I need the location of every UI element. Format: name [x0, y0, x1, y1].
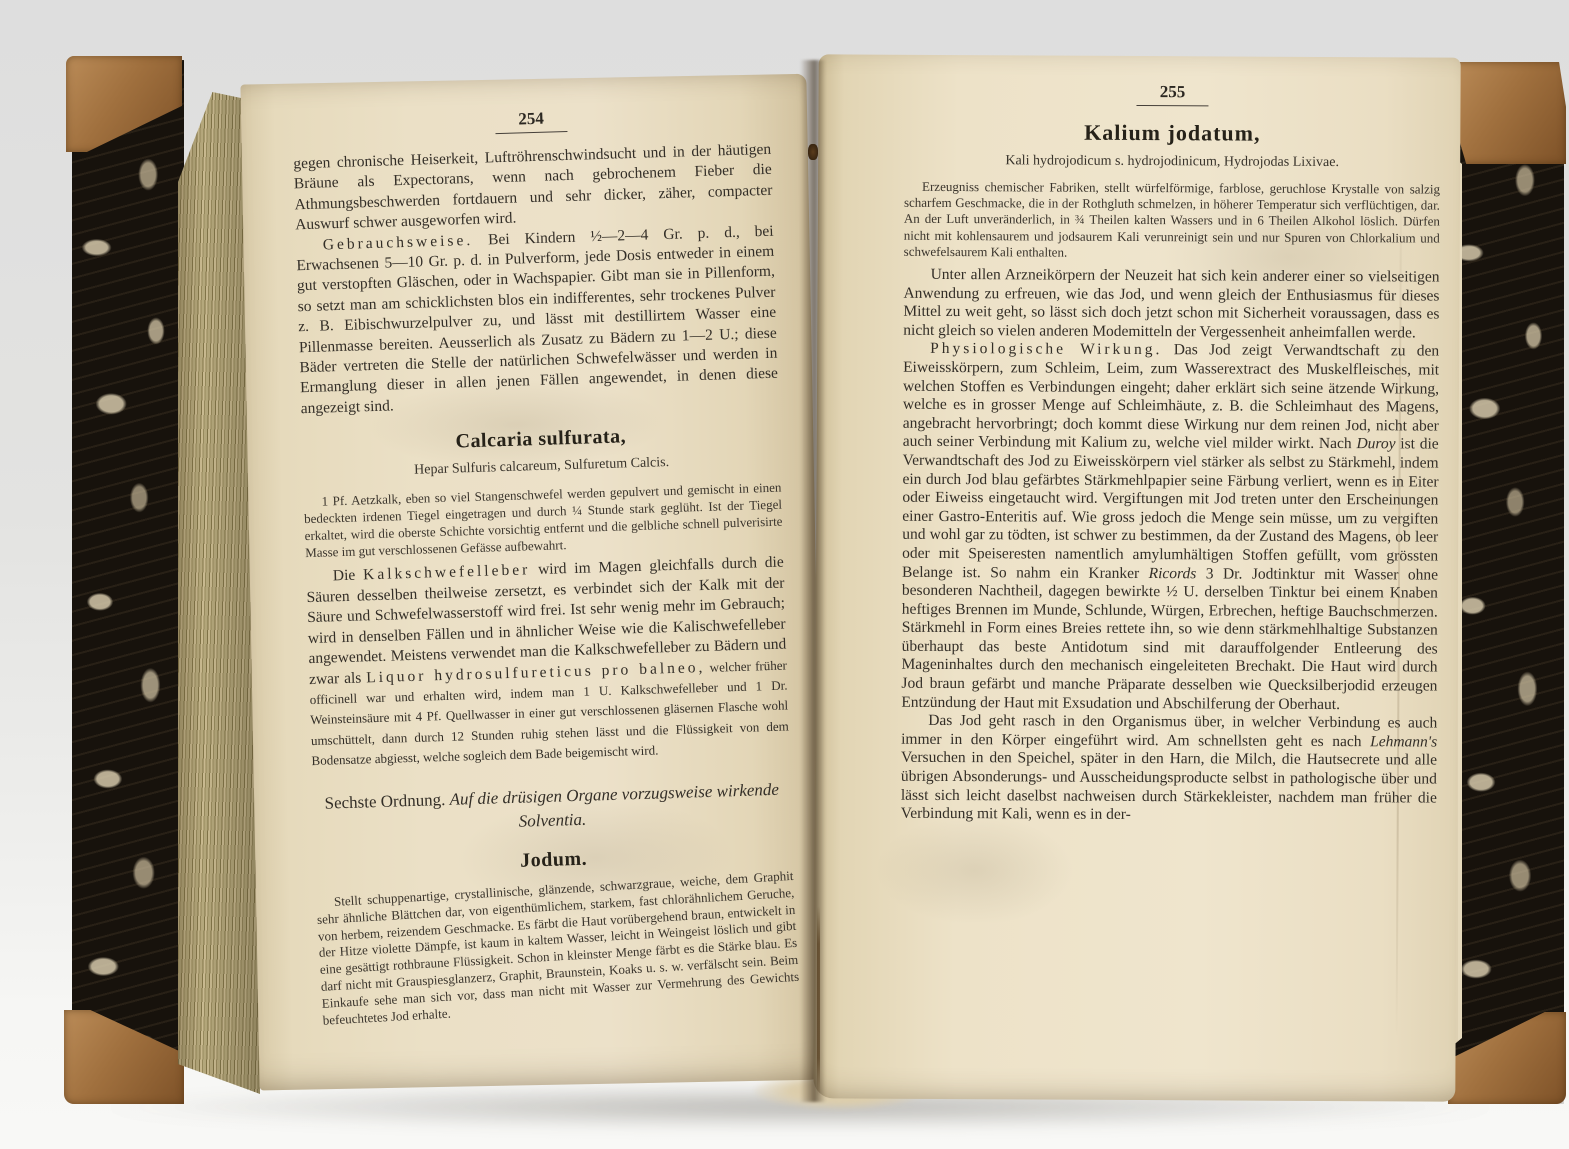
open-book: 254 gegen chronische Heiserkeit, Luftröh…	[60, 26, 1542, 1108]
left-page: 254 gegen chronische Heiserkeit, Luftröh…	[240, 74, 825, 1091]
das-jod-text: Das Jod geht rasch in den Organismus übe…	[901, 712, 1437, 750]
author-duroy: Duroy	[1356, 436, 1395, 453]
tilted-block: Stellt schuppenartige, crystallinische, …	[316, 867, 801, 1028]
binding-stitch	[817, 906, 820, 1096]
physiologische-text: 3 Dr. Jodtinktur mit Wasser ohne besonde…	[901, 565, 1438, 713]
marbled-paper-texture	[72, 60, 184, 1102]
gebrauchsweise-lead: Gebrauchsweise.	[323, 232, 474, 254]
paragraph-kalkschwefelleber: Die Kalkschwefelleber wird im Magen glei…	[306, 553, 790, 772]
physiologische-lead: Physiologische Wirkung.	[930, 340, 1162, 358]
left-page-text-column: 254 gegen chronische Heiserkeit, Luftröh…	[292, 102, 798, 1029]
kalk-text: Die	[333, 567, 364, 585]
paragraph-gebrauchsweise: Gebrauchsweise. Bei Kindern ½—2—4 Gr. p.…	[296, 221, 779, 419]
bleedthrough-smudge	[874, 815, 1075, 926]
leather-corner-top-right	[1450, 62, 1566, 164]
subheading-calcaria: Hepar Sulfuris calcareum, Sulfuretum Cal…	[303, 452, 781, 483]
spine-top-notch	[808, 144, 818, 160]
heading-kalium-jodatum: Kalium jodatum,	[904, 119, 1440, 148]
ordnung-lead: Sechste Ordnung.	[324, 789, 450, 812]
page-number-254: 254	[495, 108, 568, 134]
paragraph-unter-allen: Unter allen Arzneikörpern der Neuzeit ha…	[903, 266, 1439, 343]
paragraph-das-jod: Das Jod geht rasch in den Organismus übe…	[901, 712, 1438, 826]
left-cover-board	[72, 60, 184, 1102]
paragraph-continuation: gegen chronische Heiserkeit, Luftröhrens…	[293, 140, 773, 236]
book-gutter-shadow	[800, 60, 826, 1102]
section-sechste-ordnung: Sechste Ordnung. Auf die drüsigen Organe…	[312, 777, 791, 840]
paragraph-jodum-description: Stellt schuppenartige, crystallinische, …	[316, 867, 801, 1028]
paragraph-calcaria-preparation: 1 Pf. Aetzkalk, eben so viel Stangenschw…	[303, 480, 783, 562]
subheading-kalium-jodatum: Kali hydrojodicum s. hydrojodinicum, Hyd…	[904, 153, 1440, 172]
right-page: 255 Kalium jodatum, Kali hydrojodicum s.…	[813, 54, 1460, 1101]
heading-calcaria-sulfurata: Calcaria sulfurata,	[302, 421, 780, 459]
ordnung-italic: Auf die drüsigen Organe vorzugsweise wir…	[449, 779, 779, 830]
paragraph-physiologische-wirkung: Physiologische Wirkung. Das Jod zeigt Ve…	[901, 340, 1439, 715]
kalk-spaced-term: Kalkschwefelleber	[363, 562, 531, 584]
physiologische-text: ist die Verwandtschaft des Jod zu Eiweis…	[902, 436, 1439, 582]
paragraph-kalium-description: Erzeugniss chemischer Fabriken, stellt w…	[904, 179, 1440, 263]
page-number-255: 255	[1136, 82, 1208, 106]
right-page-text-column: 255 Kalium jodatum, Kali hydrojodicum s.…	[901, 81, 1441, 827]
photo-background: { "left_page": { "page_number": "254", "…	[0, 0, 1569, 1149]
das-jod-text: Versuchen in den Speichel, später in den…	[901, 749, 1437, 823]
author-ricords: Ricords	[1149, 565, 1197, 582]
author-lehmann: Lehmann's	[1370, 733, 1437, 750]
